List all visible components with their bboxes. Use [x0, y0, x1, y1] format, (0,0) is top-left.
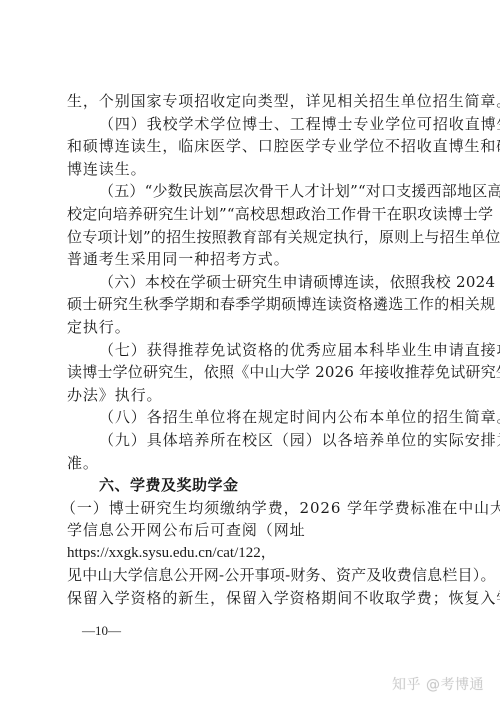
- text-line: （一）博士研究生均须缴纳学费，2026 学年学费标准在中山大: [61, 497, 435, 520]
- section-heading: 六、学费及奖助学金: [67, 474, 435, 497]
- text-line: 位专项计划”的招生按照教育部有关规定执行，原则上与招生单位: [67, 226, 435, 249]
- text-line: 保留入学资格的新生，保留入学资格期间不收取学费；恢复入学: [67, 587, 435, 610]
- text-line: 博连读生。: [67, 158, 435, 181]
- text-line: 普通考生采用同一种招考方式。: [67, 248, 435, 271]
- text-line: 办法》执行。: [67, 384, 435, 407]
- text-line: （八）各招生单位将在规定时间内公布本单位的招生简章。: [67, 406, 435, 429]
- text-line: （七）获得推荐免试资格的优秀应届本科毕业生申请直接攻: [67, 339, 435, 362]
- text-line: 生，个别国家专项招收定向类型，详见相关招生单位招生简章。: [67, 90, 435, 113]
- text-line: 见中山大学信息公开网-公开事项-财务、资产及收费信息栏目）。: [67, 564, 435, 587]
- document-page: 生，个别国家专项招收定向类型，详见相关招生单位招生简章。 （四）我校学术学位博士…: [67, 90, 435, 610]
- text-line: 定执行。: [67, 316, 435, 339]
- text-line: （九）具体培养所在校区（园）以各培养单位的实际安排为: [67, 429, 435, 452]
- text-line: （四）我校学术学位博士、工程博士专业学位可招收直博生: [67, 113, 435, 136]
- url-text: https://xxgk.sysu.edu.cn/cat/122，: [67, 542, 435, 565]
- text-line: （五）“少数民族高层次骨干人才计划”“对口支援西部地区高: [67, 180, 435, 203]
- page-number: —10—: [82, 623, 121, 639]
- text-line: 校定向培养研究生计划”“高校思想政治工作骨干在职攻读博士学: [67, 203, 435, 226]
- text-line: 准。: [67, 452, 435, 475]
- text-line: （六）本校在学硕士研究生申请硕博连读，依照我校 2024 级: [67, 271, 435, 294]
- text-line: 硕士研究生秋季学期和春季学期硕博连读资格遴选工作的相关规: [67, 293, 435, 316]
- text-line: 读博士学位研究生，依照《中山大学 2026 年接收推荐免试研究生: [67, 361, 435, 384]
- text-line: 学信息公开网公布后可查阅（网址: [67, 519, 435, 542]
- watermark: 知乎 @考博通: [392, 674, 484, 694]
- text-line: 和硕博连读生，临床医学、口腔医学专业学位不招收直博生和硕: [67, 135, 435, 158]
